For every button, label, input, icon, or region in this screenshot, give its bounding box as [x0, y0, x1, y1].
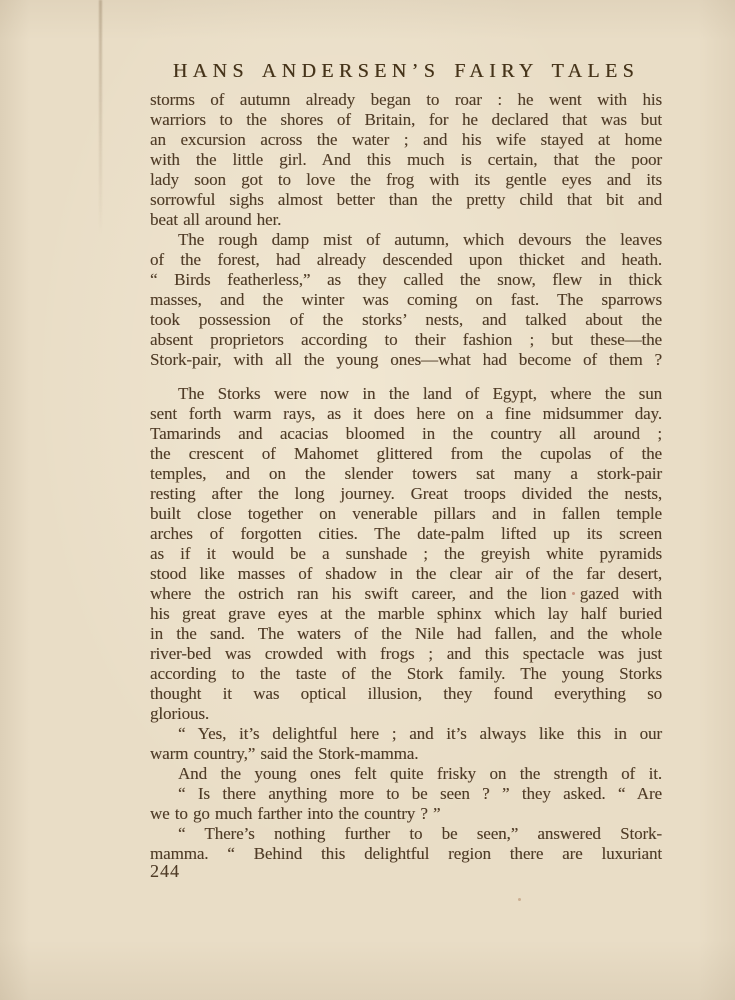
text-line: arches of forgotten cities. The date-pal…	[150, 524, 662, 544]
text-line: lady soon got to love the frog with its …	[150, 170, 662, 190]
text-line: “ There’s nothing further to be seen,” a…	[150, 824, 662, 844]
text-line: temples, and on the slender towers sat m…	[150, 464, 662, 484]
text-line: The rough damp mist of autumn, which dev…	[150, 230, 662, 250]
text-line: river-bed was crowded with frogs ; and t…	[150, 644, 662, 664]
text-line: “ Birds featherless,” as they called the…	[150, 270, 662, 290]
text-line: mamma. “ Behind this delightful region t…	[150, 844, 662, 864]
text-line: with the little girl. And this much is c…	[150, 150, 662, 170]
text-line: sent forth warm rays, as it does here on…	[150, 404, 662, 424]
text-line: sorrowful sighs almost better than the p…	[150, 190, 662, 210]
text-line: we to go much farther into the country ?…	[150, 804, 662, 824]
text-line: in the sand. The waters of the Nile had …	[150, 624, 662, 644]
text-line: warm country,” said the Stork-mamma.	[150, 744, 662, 764]
page-number: 244	[150, 860, 180, 882]
text-line: his great grave eyes at the marble sphin…	[150, 604, 662, 624]
text-line: as if it would be a sunshade ; the greyi…	[150, 544, 662, 564]
text-line: stood like masses of shadow in the clear…	[150, 564, 662, 584]
text-line: “ Is there anything more to be seen ? ” …	[150, 784, 662, 804]
text-line: storms of autumn already began to roar :…	[150, 90, 662, 110]
text-line: warriors to the shores of Britain, for h…	[150, 110, 662, 130]
text-line: of the forest, had already descended upo…	[150, 250, 662, 270]
text-line: where the ostrich ran his swift career, …	[150, 584, 662, 604]
text-line: Stork-pair, with all the young ones—what…	[150, 350, 662, 370]
text-line: And the young ones felt quite frisky on …	[150, 764, 662, 784]
text-line: took possession of the storks’ nests, an…	[150, 310, 662, 330]
text-line: an excursion across the water ; and his …	[150, 130, 662, 150]
text-line: resting after the long journey. Great tr…	[150, 484, 662, 504]
running-head: HANS ANDERSEN’S FAIRY TALES	[140, 59, 672, 83]
page-text: storms of autumn already began to roar :…	[150, 90, 662, 864]
text-line: according to the taste of the Stork fami…	[150, 664, 662, 684]
text-line: absent proprietors according to their fa…	[150, 330, 662, 350]
text-line: “ Yes, it’s delightful here ; and it’s a…	[150, 724, 662, 744]
text-line: The Storks were now in the land of Egypt…	[150, 384, 662, 404]
text-line: glorious.	[150, 704, 662, 724]
page-crease	[99, 0, 102, 235]
text-line: beat all around her.	[150, 210, 662, 230]
text-line: masses, and the winter was coming on fas…	[150, 290, 662, 310]
paper-speck	[518, 898, 521, 901]
text-line: the crescent of Mahomet glittered from t…	[150, 444, 662, 464]
book-page: HANS ANDERSEN’S FAIRY TALES storms of au…	[0, 0, 735, 1000]
text-line: thought it was optical illusion, they fo…	[150, 684, 662, 704]
text-line: built close together on venerable pillar…	[150, 504, 662, 524]
text-line: Tamarinds and acacias bloomed in the cou…	[150, 424, 662, 444]
